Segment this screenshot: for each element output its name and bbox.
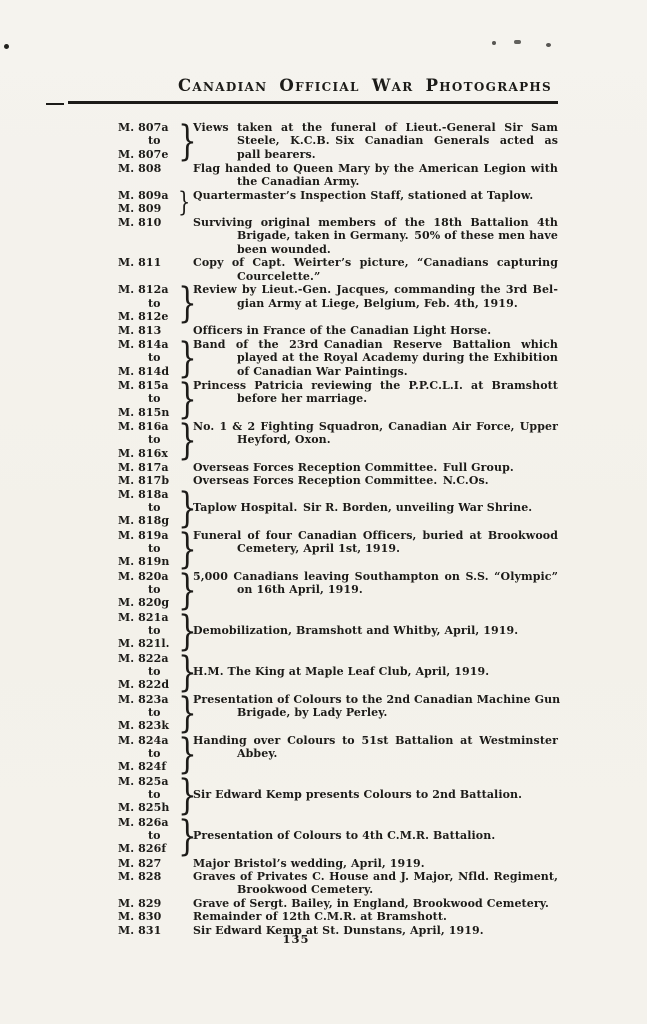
entry-description: Handing over Colours to 51st Battalion a…: [193, 734, 558, 775]
catalog-entry: M. 824atoM. 824f}Handing over Colours to…: [118, 734, 558, 775]
entry-number: M. 816x: [118, 447, 178, 460]
entry-description-line: Sir Edward Kemp at St. Dunstans, April, …: [193, 924, 558, 937]
entry-number: M. 809a: [118, 189, 178, 202]
entry-number-labels: M. 822atoM. 822d: [118, 652, 178, 693]
entry-number-labels: M. 810: [118, 216, 178, 256]
catalog-entry: M. 825atoM. 825h}Sir Edward Kemp present…: [118, 775, 558, 816]
entry-description: Review by Lieut.-Gen. Jacques, commandin…: [193, 283, 558, 324]
entry-description: Major Bristol’s wedding, April, 1919.: [193, 857, 558, 870]
entry-description-line: gian Army at Liege, Belgium, Feb. 4th, 1…: [193, 297, 558, 310]
entry-number-labels: M. 829: [118, 897, 178, 910]
entry-number-labels: M. 828: [118, 870, 178, 897]
entry-number-labels: M. 824atoM. 824f: [118, 734, 178, 775]
entry-number: M. 813: [118, 324, 178, 337]
entry-description-line: Abbey.: [193, 747, 558, 760]
entry-description-line: Cemetery, April 1st, 1919.: [193, 542, 558, 555]
entry-description-line: Graves of Privates C. House and J. Major…: [193, 870, 558, 883]
entry-brace: }: [178, 570, 193, 611]
entry-range-to: to: [118, 665, 178, 678]
entry-description-line: played at the Royal Academy during the E…: [193, 351, 558, 364]
entry-range-to: to: [118, 747, 178, 760]
entry-description: Copy of Capt. Weirter’s picture, “Canadi…: [193, 256, 558, 283]
catalog-entry: M. 810Surviving original members of the …: [118, 216, 558, 256]
entry-number: M. 831: [118, 924, 178, 937]
entry-brace: }: [178, 420, 193, 461]
catalog-entry: M. 818atoM. 818g}Taplow Hospital. Sir R.…: [118, 488, 558, 529]
entry-description-line: Review by Lieut.-Gen. Jacques, commandin…: [193, 283, 558, 296]
entry-number: M. 818g: [118, 514, 178, 527]
entry-description-line: been wounded.: [193, 243, 558, 256]
entry-description-line: of Canadian War Paintings.: [193, 365, 558, 378]
entry-description-line: Overseas Forces Reception Committee. Ful…: [193, 461, 558, 474]
entry-brace: }: [178, 189, 193, 216]
catalog-entry: M. 823atoM. 823k}Presentation of Colours…: [118, 693, 558, 734]
entry-brace-spacer: [178, 216, 193, 256]
catalog-entry: M. 814atoM. 814d}Band of the 23rd Canadi…: [118, 338, 558, 379]
entry-number: M. 820a: [118, 570, 178, 583]
entry-number: M. 808: [118, 162, 178, 175]
entry-description-line: Remainder of 12th C.M.R. at Bramshott.: [193, 910, 558, 923]
entry-description-line: Princess Patricia reviewing the P.P.C.L.…: [193, 379, 558, 392]
catalog-entry: M. 821atoM. 821l.}Demobilization, Bramsh…: [118, 611, 558, 652]
header-rule-dash: [46, 103, 64, 105]
entry-range-to: to: [118, 501, 178, 514]
entry-number-labels: M. 807atoM. 807e: [118, 121, 178, 162]
entry-description-line: Heyford, Oxon.: [193, 433, 558, 446]
entry-number-labels: M. 808: [118, 162, 178, 189]
ink-speck: [546, 43, 551, 47]
entry-description: Grave of Sergt. Bailey, in England, Broo…: [193, 897, 558, 910]
entry-description: No. 1 & 2 Fighting Squadron, Canadian Ai…: [193, 420, 558, 461]
entry-brace: }: [178, 652, 193, 693]
entry-number: M. 817b: [118, 474, 178, 487]
entry-number: M. 829: [118, 897, 178, 910]
entry-number: M. 809: [118, 202, 178, 215]
entry-brace-spacer: [178, 162, 193, 189]
scanned-page: Canadian Official War Photographs M. 807…: [0, 0, 647, 1024]
entry-description: Quartermaster’s Inspection Staff, statio…: [193, 189, 558, 216]
entry-number-labels: M. 816atoM. 816x: [118, 420, 178, 461]
entry-range-to: to: [118, 134, 178, 147]
entry-number: M. 826f: [118, 842, 178, 855]
entry-description-line: Sir Edward Kemp presents Colours to 2nd …: [193, 788, 558, 801]
entry-number-labels: M. 826atoM. 826f: [118, 816, 178, 857]
entry-number: M. 807e: [118, 148, 178, 161]
entry-number: M. 814d: [118, 365, 178, 378]
entry-number: M. 814a: [118, 338, 178, 351]
entry-number-labels: M. 812atoM. 812e: [118, 283, 178, 324]
entry-brace-spacer: [178, 897, 193, 910]
entry-brace: }: [178, 775, 193, 816]
entry-brace: }: [178, 529, 193, 570]
entry-number-labels: M. 817a: [118, 461, 178, 474]
page-title: Canadian Official War Photographs: [95, 76, 635, 95]
entry-range-to: to: [118, 706, 178, 719]
entry-brace: }: [178, 693, 193, 734]
catalog-entry: M. 828Graves of Privates C. House and J.…: [118, 870, 558, 897]
entry-description-line: Officers in France of the Canadian Light…: [193, 324, 558, 337]
entry-number-labels: M. 830: [118, 910, 178, 923]
entry-description-line: Flag handed to Queen Mary by the America…: [193, 162, 558, 175]
entry-number: M. 807a: [118, 121, 178, 134]
entry-number-labels: M. 811: [118, 256, 178, 283]
catalog-entry: M. 812atoM. 812e}Review by Lieut.-Gen. J…: [118, 283, 558, 324]
entry-description: Flag handed to Queen Mary by the America…: [193, 162, 558, 189]
entry-description-line: Major Bristol’s wedding, April, 1919.: [193, 857, 558, 870]
ink-speck: [492, 41, 496, 45]
entry-description-line: Views taken at the funeral of Lieut.-Gen…: [193, 121, 558, 134]
entry-brace: }: [178, 283, 193, 324]
entry-description-line: Presentation of Colours to the 2nd Canad…: [193, 693, 558, 706]
entry-range-to: to: [118, 624, 178, 637]
entry-number-labels: M. 814atoM. 814d: [118, 338, 178, 379]
catalog-entry: M. 815atoM. 815n}Princess Patricia revie…: [118, 379, 558, 420]
entry-number: M. 815n: [118, 406, 178, 419]
catalog-entry: M. 830Remainder of 12th C.M.R. at Bramsh…: [118, 910, 558, 923]
entry-number: M. 815a: [118, 379, 178, 392]
entry-description: Graves of Privates C. House and J. Major…: [193, 870, 558, 897]
entry-description: Sir Edward Kemp presents Colours to 2nd …: [193, 775, 558, 816]
entry-description: 5,000 Canadians leaving Southampton on S…: [193, 570, 558, 611]
entry-number: M. 820g: [118, 596, 178, 609]
entry-number-labels: M. 820atoM. 820g: [118, 570, 178, 611]
entry-number: M. 810: [118, 216, 178, 229]
catalog-entry: M. 808Flag handed to Queen Mary by the A…: [118, 162, 558, 189]
entry-brace: }: [178, 734, 193, 775]
entry-number-labels: M. 815atoM. 815n: [118, 379, 178, 420]
entry-description-line: Courcelette.”: [193, 270, 558, 283]
catalog-entry: M. 831Sir Edward Kemp at St. Dunstans, A…: [118, 924, 558, 937]
entry-description-line: Handing over Colours to 51st Battalion a…: [193, 734, 558, 747]
entry-range-to: to: [118, 788, 178, 801]
entry-number: M. 811: [118, 256, 178, 269]
entry-description: Band of the 23rd Canadian Reserve Battal…: [193, 338, 558, 379]
entry-description: Overseas Forces Reception Committee. Ful…: [193, 461, 558, 474]
entry-number-labels: M. 827: [118, 857, 178, 870]
entry-number: M. 825a: [118, 775, 178, 788]
catalog-entry: M. 820atoM. 820g}5,000 Canadians leaving…: [118, 570, 558, 611]
entry-range-to: to: [118, 351, 178, 364]
entry-description-line: Copy of Capt. Weirter’s picture, “Canadi…: [193, 256, 558, 269]
catalog-entry: M. 826atoM. 826f}Presentation of Colours…: [118, 816, 558, 857]
entry-description-line: before her marriage.: [193, 392, 558, 405]
catalog-entry: M. 829Grave of Sergt. Bailey, in England…: [118, 897, 558, 910]
entry-number-labels: M. 821atoM. 821l.: [118, 611, 178, 652]
entry-number-labels: M. 831: [118, 924, 178, 937]
entry-description-line: the Canadian Army.: [193, 175, 558, 188]
entry-description: Funeral of four Canadian Officers, burie…: [193, 529, 558, 570]
entry-description-line: Band of the 23rd Canadian Reserve Battal…: [193, 338, 558, 351]
entry-number: M. 826a: [118, 816, 178, 829]
entry-description-line: Demobilization, Bramshott and Whitby, Ap…: [193, 624, 558, 637]
entry-number: M. 812e: [118, 310, 178, 323]
entry-description-line: Presentation of Colours to 4th C.M.R. Ba…: [193, 829, 558, 842]
entry-number-labels: M. 817b: [118, 474, 178, 487]
entry-description-line: Brookwood Cemetery.: [193, 883, 558, 896]
entry-brace: }: [178, 379, 193, 420]
entry-description-line: on 16th April, 1919.: [193, 583, 558, 596]
entry-description-line: Funeral of four Canadian Officers, burie…: [193, 529, 558, 542]
entry-number: M. 821a: [118, 611, 178, 624]
entry-number: M. 823a: [118, 693, 178, 706]
entry-description: Presentation of Colours to the 2nd Canad…: [193, 693, 558, 734]
entry-number-labels: M. 823atoM. 823k: [118, 693, 178, 734]
entry-number-labels: M. 825atoM. 825h: [118, 775, 178, 816]
entry-number: M. 812a: [118, 283, 178, 296]
catalog-entry: M. 809aM. 809}Quartermaster’s Inspection…: [118, 189, 558, 216]
catalog-entry: M. 807atoM. 807e}Views taken at the fune…: [118, 121, 558, 162]
entry-number: M. 819a: [118, 529, 178, 542]
entry-range-to: to: [118, 392, 178, 405]
catalog-entry: M. 816atoM. 816x}No. 1 & 2 Fighting Squa…: [118, 420, 558, 461]
ink-speck: [4, 44, 9, 49]
catalog-entry: M. 822atoM. 822d}H.M. The King at Maple …: [118, 652, 558, 693]
entry-description-line: Grave of Sergt. Bailey, in England, Broo…: [193, 897, 558, 910]
entry-number: M. 824a: [118, 734, 178, 747]
entry-description-line: H.M. The King at Maple Leaf Club, April,…: [193, 665, 558, 678]
entry-description: Taplow Hospital. Sir R. Borden, unveilin…: [193, 488, 558, 529]
entry-number-labels: M. 819atoM. 819n: [118, 529, 178, 570]
page-number: 135: [256, 932, 336, 946]
entry-description: Princess Patricia reviewing the P.P.C.L.…: [193, 379, 558, 420]
entry-description-line: Brigade, taken in Germany. 50% of these …: [193, 229, 558, 242]
entry-description-line: pall bearers.: [193, 148, 558, 161]
entry-number: M. 817a: [118, 461, 178, 474]
entry-number: M. 822a: [118, 652, 178, 665]
entry-description: Sir Edward Kemp at St. Dunstans, April, …: [193, 924, 558, 937]
entries-list: M. 807atoM. 807e}Views taken at the fune…: [118, 121, 558, 937]
entry-description: Presentation of Colours to 4th C.M.R. Ba…: [193, 816, 558, 857]
entry-description: Surviving original members of the 18th B…: [193, 216, 558, 256]
entry-description-line: Overseas Forces Reception Committee. N.C…: [193, 474, 558, 487]
entry-number: M. 822d: [118, 678, 178, 691]
entry-description-line: No. 1 & 2 Fighting Squadron, Canadian Ai…: [193, 420, 558, 433]
entry-description: Overseas Forces Reception Committee. N.C…: [193, 474, 558, 487]
entry-brace: }: [178, 121, 193, 162]
header-rule: [68, 101, 558, 104]
entry-number: M. 818a: [118, 488, 178, 501]
entry-brace: }: [178, 611, 193, 652]
entry-range-to: to: [118, 829, 178, 842]
entry-brace-spacer: [178, 910, 193, 923]
ink-speck: [514, 40, 521, 44]
entry-description-line: Taplow Hospital. Sir R. Borden, unveilin…: [193, 501, 558, 514]
entry-number: M. 828: [118, 870, 178, 883]
entry-description: Demobilization, Bramshott and Whitby, Ap…: [193, 611, 558, 652]
entry-number: M. 823k: [118, 719, 178, 732]
entry-description: Remainder of 12th C.M.R. at Bramshott.: [193, 910, 558, 923]
entry-range-to: to: [118, 583, 178, 596]
entry-brace-spacer: [178, 924, 193, 937]
entry-number-labels: M. 813: [118, 324, 178, 337]
entry-description: Officers in France of the Canadian Light…: [193, 324, 558, 337]
entry-range-to: to: [118, 297, 178, 310]
entry-number-labels: M. 818atoM. 818g: [118, 488, 178, 529]
entry-range-to: to: [118, 542, 178, 555]
entry-number: M. 830: [118, 910, 178, 923]
entry-description-line: 5,000 Canadians leaving Southampton on S…: [193, 570, 558, 583]
entry-brace-spacer: [178, 870, 193, 897]
entry-description: Views taken at the funeral of Lieut.-Gen…: [193, 121, 558, 162]
entry-description-line: Surviving original members of the 18th B…: [193, 216, 558, 229]
entry-number: M. 825h: [118, 801, 178, 814]
entry-brace: }: [178, 488, 193, 529]
catalog-entry: M. 819atoM. 819n}Funeral of four Canadia…: [118, 529, 558, 570]
entry-number: M. 819n: [118, 555, 178, 568]
entry-description-line: Brigade, by Lady Perley.: [193, 706, 558, 719]
entry-number: M. 821l.: [118, 637, 178, 650]
entry-number: M. 816a: [118, 420, 178, 433]
entry-number: M. 824f: [118, 760, 178, 773]
entry-range-to: to: [118, 433, 178, 446]
entry-description-line: Steele, K.C.B. Six Canadian Generals act…: [193, 134, 558, 147]
entry-number: M. 827: [118, 857, 178, 870]
entry-description: H.M. The King at Maple Leaf Club, April,…: [193, 652, 558, 693]
entry-number-labels: M. 809aM. 809: [118, 189, 178, 216]
entry-description-line: Quartermaster’s Inspection Staff, statio…: [193, 189, 558, 202]
entry-brace: }: [178, 338, 193, 379]
entry-brace: }: [178, 816, 193, 857]
